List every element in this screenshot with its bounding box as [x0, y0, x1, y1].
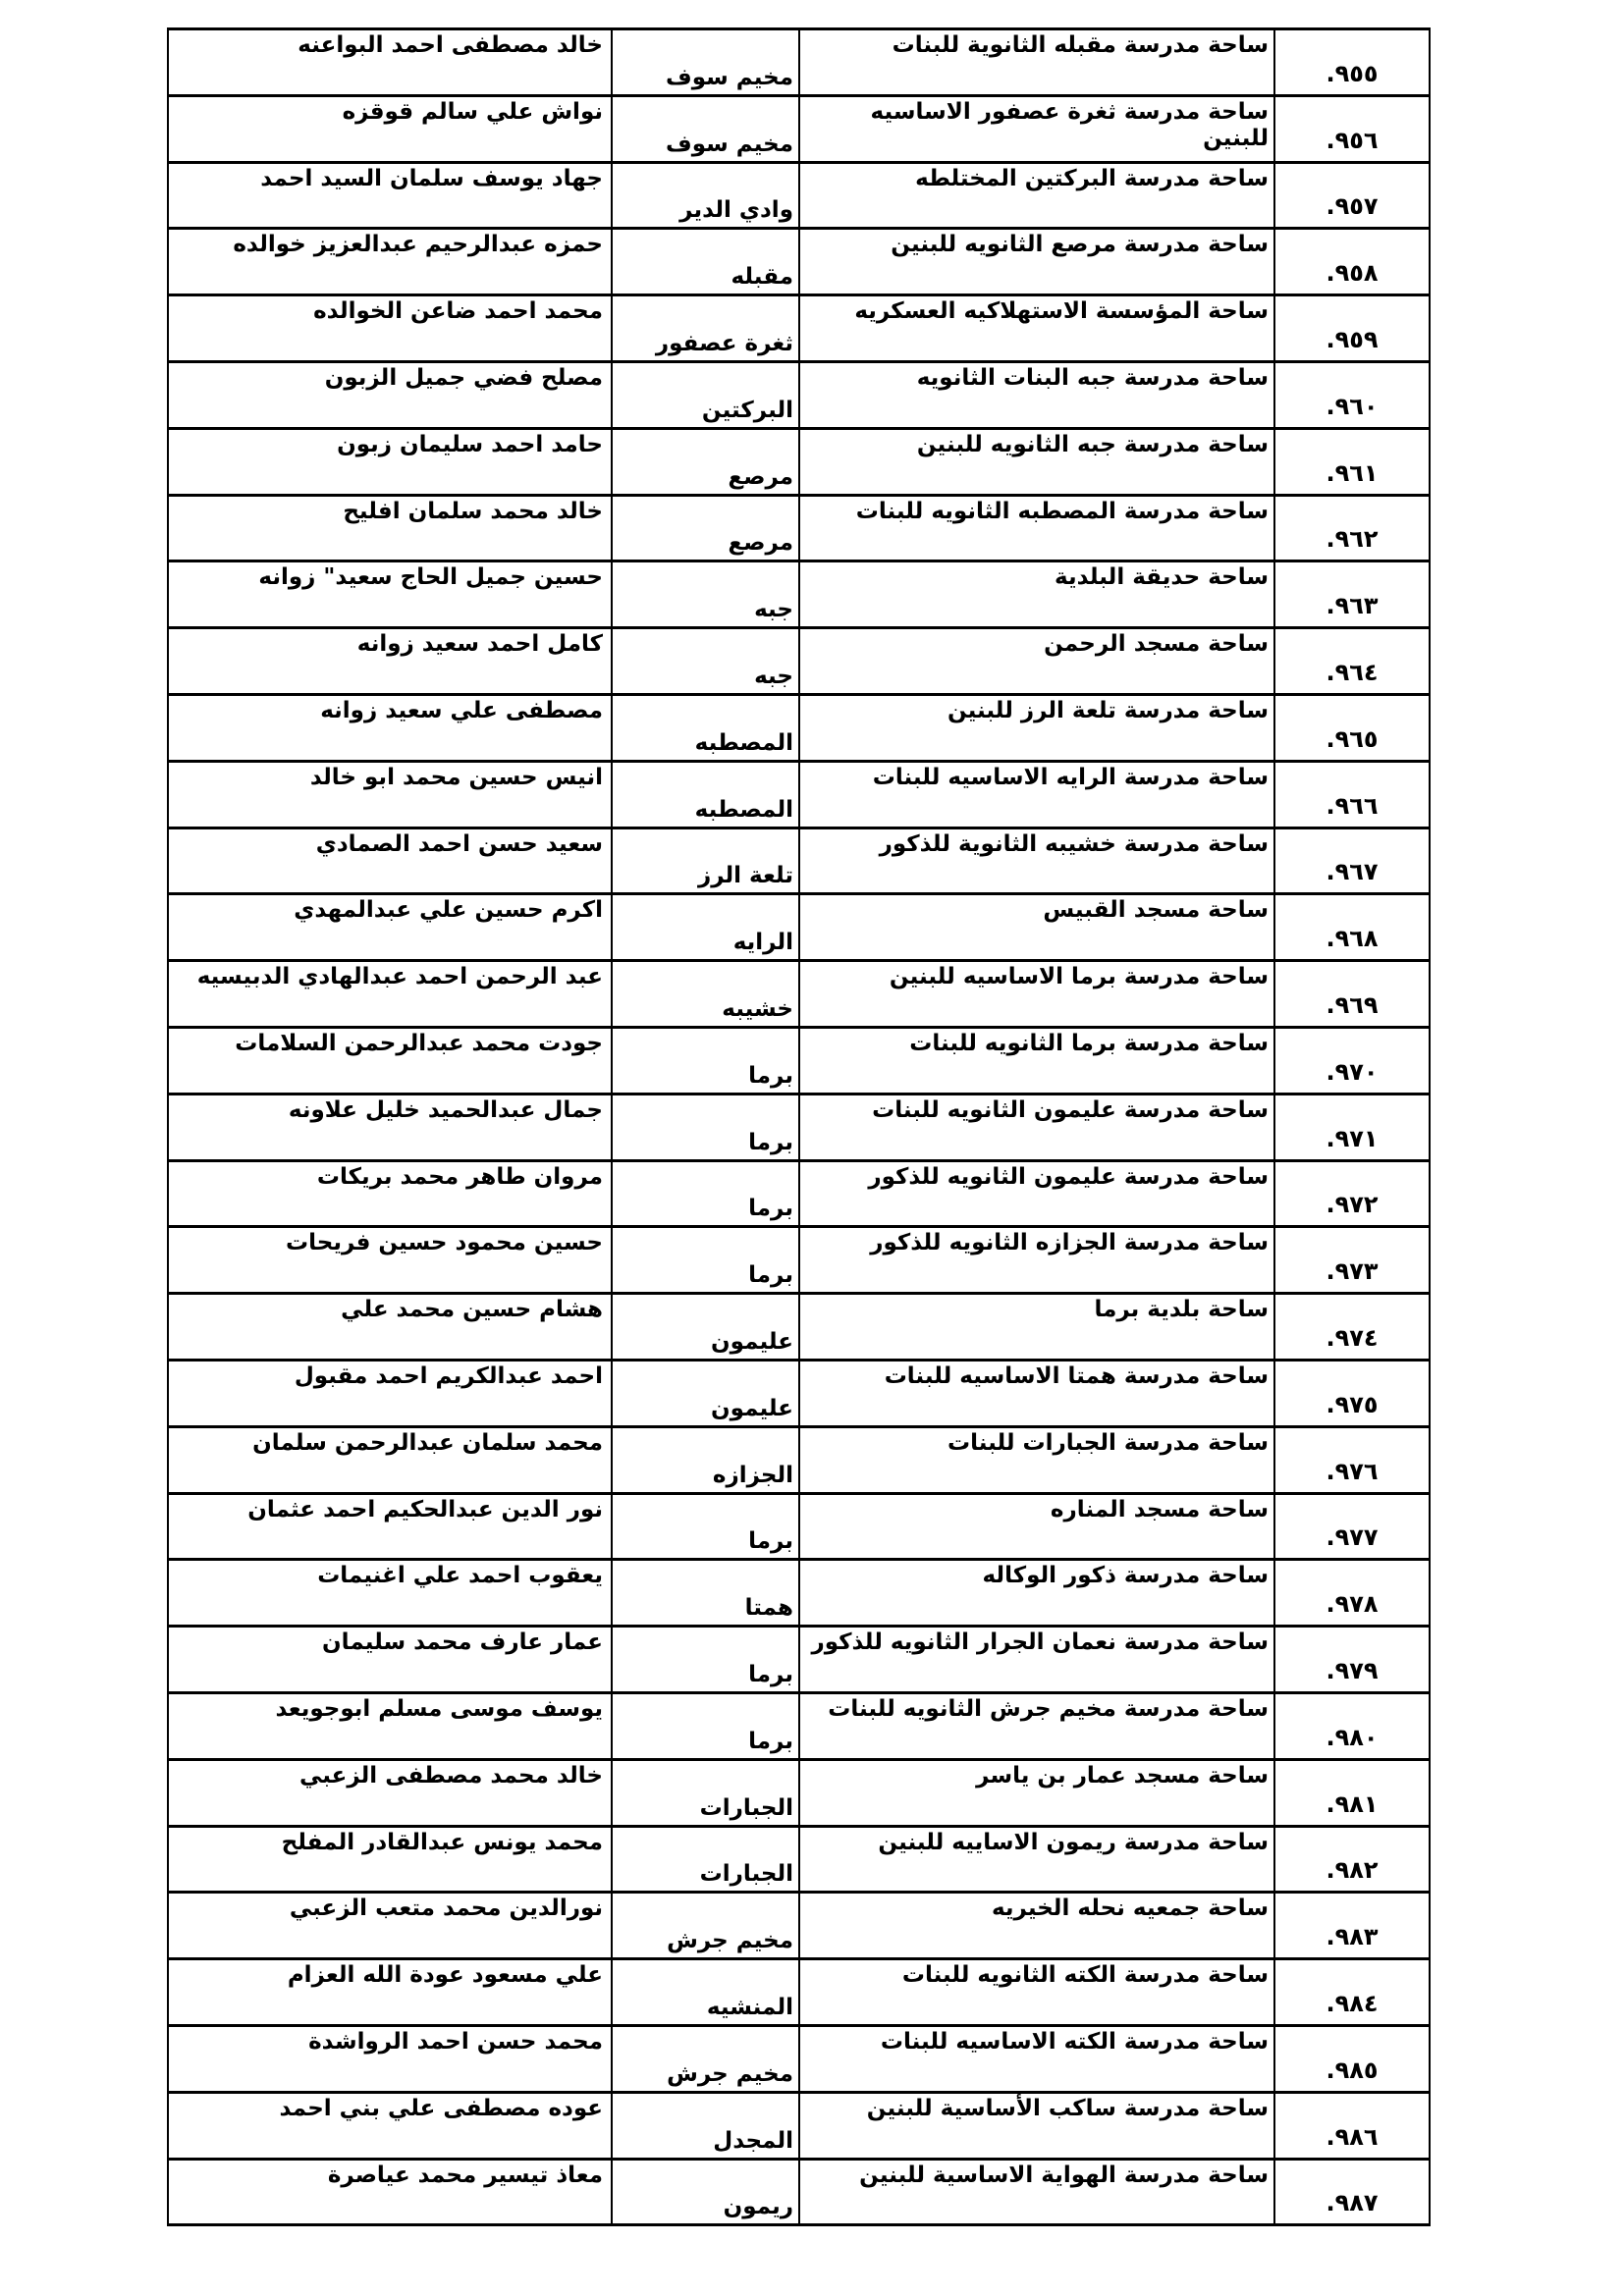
row-number-cell: ٩٨١. [1274, 1759, 1430, 1826]
table-row: ٩٦٤.ساحة مسجد الرحمنجبهكامل احمد سعيد زو… [168, 628, 1430, 695]
district-cell: المنشيه [612, 1959, 799, 2026]
row-number-cell: ٩٨٤. [1274, 1959, 1430, 2026]
person-name-cell: جودت محمد عبدالرحمن السلامات [168, 1027, 612, 1094]
person-name-cell: هشام حسين محمد علي [168, 1294, 612, 1361]
row-number-cell: ٩٨٠. [1274, 1692, 1430, 1759]
person-name-cell: انيس حسين محمد ابو خالد [168, 761, 612, 828]
district-cell: برما [612, 1227, 799, 1294]
person-name-cell: عوده مصطفى علي بني احمد [168, 2092, 612, 2159]
district-cell: خشيبه [612, 961, 799, 1028]
district-cell: مخيم سوف [612, 29, 799, 96]
row-number-cell: ٩٦٤. [1274, 628, 1430, 695]
district-cell: مقبله [612, 229, 799, 295]
row-number-cell: ٩٦٥. [1274, 694, 1430, 761]
location-cell: ساحة مدرسة ريمون الاساييه للبنين [799, 1826, 1274, 1893]
district-cell: برما [612, 1094, 799, 1160]
row-number-cell: ٩٥٥. [1274, 29, 1430, 96]
person-name-cell: سعيد حسن احمد الصمادي [168, 828, 612, 894]
row-number-cell: ٩٥٨. [1274, 229, 1430, 295]
location-cell: ساحة مدرسة نعمان الجرار الثانويه للذكور [799, 1627, 1274, 1693]
district-cell: برما [612, 1027, 799, 1094]
person-name-cell: محمد حسن احمد الرواشدة [168, 2025, 612, 2092]
person-name-cell: حسين محمود حسين فريحات [168, 1227, 612, 1294]
district-cell: الجبارات [612, 1826, 799, 1893]
location-cell: ساحة مدرسة ذكور الوكاله [799, 1560, 1274, 1627]
person-name-cell: نواش علي سالم قوقزه [168, 95, 612, 162]
district-cell: برما [612, 1493, 799, 1560]
person-name-cell: اكرم حسين علي عبدالمهدي [168, 894, 612, 961]
person-name-cell: حامد احمد سليمان زبون [168, 428, 612, 495]
row-number-cell: ٩٦٦. [1274, 761, 1430, 828]
location-cell: ساحة مدرسة الجزازه الثانويه للذكور [799, 1227, 1274, 1294]
location-cell: ساحة مدرسة الكته الثانويه للبنات [799, 1959, 1274, 2026]
person-name-cell: محمد يونس عبدالقادر المفلح [168, 1826, 612, 1893]
location-cell: ساحة مدرسة مقبله الثانوية للبنات [799, 29, 1274, 96]
table-row: ٩٨٤.ساحة مدرسة الكته الثانويه للبناتالمن… [168, 1959, 1430, 2026]
person-name-cell: عبد الرحمن احمد عبدالهادي الدبيسيه [168, 961, 612, 1028]
table-row: ٩٧٤.ساحة بلدية برماعليمونهشام حسين محمد … [168, 1294, 1430, 1361]
location-cell: ساحة مدرسة برما الثانويه للبنات [799, 1027, 1274, 1094]
district-cell: همتا [612, 1560, 799, 1627]
table-row: ٩٨٦.ساحة مدرسة ساكب الأساسية للبنينالمجد… [168, 2092, 1430, 2159]
table-row: ٩٦٣.ساحة حديقة البلديةجبهحسين جميل الحاج… [168, 561, 1430, 628]
table-row: ٩٦١.ساحة مدرسة جبه الثانويه للبنينمرصعحا… [168, 428, 1430, 495]
district-cell: الجبارات [612, 1759, 799, 1826]
district-cell: مرصع [612, 495, 799, 561]
person-name-cell: محمد سلمان عبدالرحمن سلمان [168, 1426, 612, 1493]
district-cell: برما [612, 1160, 799, 1227]
district-cell: مخيم جرش [612, 1893, 799, 1959]
location-cell: ساحة مدرسة خشيبه الثانوية للذكور [799, 828, 1274, 894]
location-cell: ساحة بلدية برما [799, 1294, 1274, 1361]
district-cell: تلعة الرز [612, 828, 799, 894]
district-cell: عليمون [612, 1294, 799, 1361]
row-number-cell: ٩٨٥. [1274, 2025, 1430, 2092]
row-number-cell: ٩٧١. [1274, 1094, 1430, 1160]
district-cell: البركتين [612, 361, 799, 428]
location-cell: ساحة مدرسة مرصع الثانويه للبنين [799, 229, 1274, 295]
location-cell: ساحة مسجد الرحمن [799, 628, 1274, 695]
row-number-cell: ٩٧٨. [1274, 1560, 1430, 1627]
location-cell: ساحة جمعيه نحله الخيريه [799, 1893, 1274, 1959]
person-name-cell: محمد احمد ضاعن الخوالده [168, 295, 612, 362]
person-name-cell: يوسف موسى مسلم ابوجويعد [168, 1692, 612, 1759]
location-cell: ساحة مدرسة ثغرة عصفور الاساسيه للبنين [799, 95, 1274, 162]
row-number-cell: ٩٧٠. [1274, 1027, 1430, 1094]
district-cell: مخيم سوف [612, 95, 799, 162]
roster-table: ٩٥٥.ساحة مدرسة مقبله الثانوية للبناتمخيم… [167, 27, 1431, 2226]
table-row: ٩٥٥.ساحة مدرسة مقبله الثانوية للبناتمخيم… [168, 29, 1430, 96]
table-row: ٩٨٧.ساحة مدرسة الهواية الاساسية للبنينري… [168, 2159, 1430, 2225]
district-cell: وادي الدير [612, 162, 799, 229]
row-number-cell: ٩٧٦. [1274, 1426, 1430, 1493]
row-number-cell: ٩٨٧. [1274, 2159, 1430, 2225]
table-row: ٩٦٧.ساحة مدرسة خشيبه الثانوية للذكورتلعة… [168, 828, 1430, 894]
document-page: ٩٥٥.ساحة مدرسة مقبله الثانوية للبناتمخيم… [0, 0, 1624, 2296]
row-number-cell: ٩٧٣. [1274, 1227, 1430, 1294]
row-number-cell: ٩٦٨. [1274, 894, 1430, 961]
location-cell: ساحة مدرسة جبه البنات الثانويه [799, 361, 1274, 428]
table-row: ٩٥٨.ساحة مدرسة مرصع الثانويه للبنينمقبله… [168, 229, 1430, 295]
row-number-cell: ٩٦٧. [1274, 828, 1430, 894]
table-row: ٩٨١.ساحة مسجد عمار بن ياسرالجباراتخالد م… [168, 1759, 1430, 1826]
location-cell: ساحة مسجد عمار بن ياسر [799, 1759, 1274, 1826]
row-number-cell: ٩٨٢. [1274, 1826, 1430, 1893]
person-name-cell: نور الدين عبدالحكيم احمد عثمان [168, 1493, 612, 1560]
row-number-cell: ٩٧٧. [1274, 1493, 1430, 1560]
table-row: ٩٨٣.ساحة جمعيه نحله الخيريهمخيم جرشنورال… [168, 1893, 1430, 1959]
location-cell: ساحة مدرسة عليمون الثانويه للذكور [799, 1160, 1274, 1227]
table-row: ٩٥٦.ساحة مدرسة ثغرة عصفور الاساسيه للبني… [168, 95, 1430, 162]
row-number-cell: ٩٧٩. [1274, 1627, 1430, 1693]
district-cell: الجزازه [612, 1426, 799, 1493]
table-row: ٩٦٢.ساحة مدرسة المصطبه الثانويه للبناتمر… [168, 495, 1430, 561]
row-number-cell: ٩٨٦. [1274, 2092, 1430, 2159]
row-number-cell: ٩٧٤. [1274, 1294, 1430, 1361]
row-number-cell: ٩٦٢. [1274, 495, 1430, 561]
location-cell: ساحة مدرسة المصطبه الثانويه للبنات [799, 495, 1274, 561]
table-row: ٩٧٠.ساحة مدرسة برما الثانويه للبناتبرماج… [168, 1027, 1430, 1094]
location-cell: ساحة مدرسة عليمون الثانويه للبنات [799, 1094, 1274, 1160]
row-number-cell: ٩٥٩. [1274, 295, 1430, 362]
person-name-cell: علي مسعود عودة الله العزام [168, 1959, 612, 2026]
location-cell: ساحة مدرسة جبه الثانويه للبنين [799, 428, 1274, 495]
district-cell: ثغرة عصفور [612, 295, 799, 362]
table-row: ٩٨٥.ساحة مدرسة الكته الاساسيه للبناتمخيم… [168, 2025, 1430, 2092]
person-name-cell: حسين جميل الحاج سعيد" زوانه [168, 561, 612, 628]
table-row: ٩٥٧.ساحة مدرسة البركتين المختلطهوادي الد… [168, 162, 1430, 229]
district-cell: الرايه [612, 894, 799, 961]
location-cell: ساحة مدرسة الرايه الاساسيه للبنات [799, 761, 1274, 828]
table-row: ٩٧٢.ساحة مدرسة عليمون الثانويه للذكوربرم… [168, 1160, 1430, 1227]
table-row: ٩٦٥.ساحة مدرسة تلعة الرز للبنينالمصطبهمص… [168, 694, 1430, 761]
table-row: ٩٦٦.ساحة مدرسة الرايه الاساسيه للبناتالم… [168, 761, 1430, 828]
district-cell: مخيم جرش [612, 2025, 799, 2092]
location-cell: ساحة مدرسة البركتين المختلطه [799, 162, 1274, 229]
row-number-cell: ٩٥٦. [1274, 95, 1430, 162]
location-cell: ساحة مدرسة الهواية الاساسية للبنين [799, 2159, 1274, 2225]
table-row: ٩٧٦.ساحة مدرسة الجبارات للبناتالجزازهمحم… [168, 1426, 1430, 1493]
table-row: ٩٧٣.ساحة مدرسة الجزازه الثانويه للذكوربر… [168, 1227, 1430, 1294]
roster-table-body: ٩٥٥.ساحة مدرسة مقبله الثانوية للبناتمخيم… [168, 29, 1430, 2225]
table-row: ٩٧٩.ساحة مدرسة نعمان الجرار الثانويه للذ… [168, 1627, 1430, 1693]
row-number-cell: ٩٥٧. [1274, 162, 1430, 229]
row-number-cell: ٩٦٩. [1274, 961, 1430, 1028]
table-row: ٩٨٠.ساحة مدرسة مخيم جرش الثانويه للبناتب… [168, 1692, 1430, 1759]
location-cell: ساحة مدرسة ساكب الأساسية للبنين [799, 2092, 1274, 2159]
district-cell: عليمون [612, 1360, 799, 1426]
district-cell: المصطبه [612, 761, 799, 828]
location-cell: ساحة المؤسسة الاستهلاكيه العسكريه [799, 295, 1274, 362]
location-cell: ساحة مسجد المناره [799, 1493, 1274, 1560]
row-number-cell: ٩٧٢. [1274, 1160, 1430, 1227]
person-name-cell: جهاد يوسف سلمان السيد احمد [168, 162, 612, 229]
person-name-cell: مصطفى علي سعيد زوانه [168, 694, 612, 761]
person-name-cell: كامل احمد سعيد زوانه [168, 628, 612, 695]
person-name-cell: خالد محمد سلمان افليح [168, 495, 612, 561]
district-cell: برما [612, 1692, 799, 1759]
person-name-cell: احمد عبدالكريم احمد مقبول [168, 1360, 612, 1426]
table-row: ٩٧٨.ساحة مدرسة ذكور الوكالههمتايعقوب احم… [168, 1560, 1430, 1627]
row-number-cell: ٩٦١. [1274, 428, 1430, 495]
person-name-cell: معاذ تيسير محمد عياصرة [168, 2159, 612, 2225]
district-cell: المجدل [612, 2092, 799, 2159]
table-row: ٩٦٩.ساحة مدرسة برما الاساسيه للبنينخشيبه… [168, 961, 1430, 1028]
location-cell: ساحة مدرسة برما الاساسيه للبنين [799, 961, 1274, 1028]
person-name-cell: مصلح فضي جميل الزبون [168, 361, 612, 428]
person-name-cell: خالد محمد مصطفى الزعبي [168, 1759, 612, 1826]
location-cell: ساحة مدرسة الجبارات للبنات [799, 1426, 1274, 1493]
person-name-cell: مروان طاهر محمد بريكات [168, 1160, 612, 1227]
table-row: ٩٥٩.ساحة المؤسسة الاستهلاكيه العسكريهثغر… [168, 295, 1430, 362]
district-cell: مرصع [612, 428, 799, 495]
row-number-cell: ٩٦٣. [1274, 561, 1430, 628]
district-cell: برما [612, 1627, 799, 1693]
person-name-cell: خالد مصطفى احمد البواعنه [168, 29, 612, 96]
table-row: ٩٧٧.ساحة مسجد المنارهبرمانور الدين عبدال… [168, 1493, 1430, 1560]
table-row: ٩٦٠.ساحة مدرسة جبه البنات الثانويهالبركت… [168, 361, 1430, 428]
person-name-cell: نورالدين محمد متعب الزعبي [168, 1893, 612, 1959]
row-number-cell: ٩٨٣. [1274, 1893, 1430, 1959]
location-cell: ساحة مدرسة مخيم جرش الثانويه للبنات [799, 1692, 1274, 1759]
person-name-cell: عمار عارف محمد سليمان [168, 1627, 612, 1693]
table-row: ٩٧٥.ساحة مدرسة همتا الاساسيه للبناتعليمو… [168, 1360, 1430, 1426]
person-name-cell: حمزه عبدالرحيم عبدالعزيز خوالده [168, 229, 612, 295]
table-row: ٩٨٢.ساحة مدرسة ريمون الاساييه للبنينالجب… [168, 1826, 1430, 1893]
location-cell: ساحة مدرسة الكته الاساسيه للبنات [799, 2025, 1274, 2092]
row-number-cell: ٩٦٠. [1274, 361, 1430, 428]
row-number-cell: ٩٧٥. [1274, 1360, 1430, 1426]
location-cell: ساحة حديقة البلدية [799, 561, 1274, 628]
table-row: ٩٧١.ساحة مدرسة عليمون الثانويه للبناتبرم… [168, 1094, 1430, 1160]
location-cell: ساحة مدرسة تلعة الرز للبنين [799, 694, 1274, 761]
table-row: ٩٦٨.ساحة مسجد القبيسالرايهاكرم حسين علي … [168, 894, 1430, 961]
district-cell: ريمون [612, 2159, 799, 2225]
person-name-cell: يعقوب احمد علي اغنيمات [168, 1560, 612, 1627]
location-cell: ساحة مسجد القبيس [799, 894, 1274, 961]
district-cell: جبه [612, 561, 799, 628]
district-cell: جبه [612, 628, 799, 695]
person-name-cell: جمال عبدالحميد خليل علاونه [168, 1094, 612, 1160]
location-cell: ساحة مدرسة همتا الاساسيه للبنات [799, 1360, 1274, 1426]
district-cell: المصطبه [612, 694, 799, 761]
